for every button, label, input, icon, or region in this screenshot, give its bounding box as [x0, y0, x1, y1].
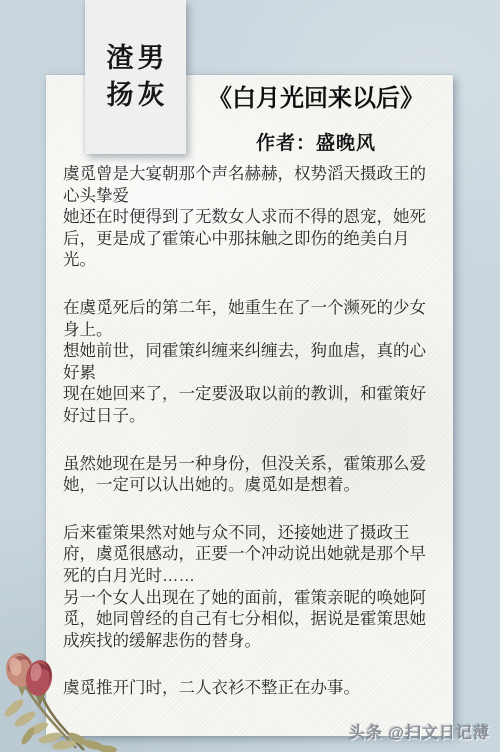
synopsis-paragraph: 虞觅曾是大宴朝那个声名赫赫，权势滔天摄政王的心头挚爱 她还在时便得到了无数女人求… [63, 164, 441, 272]
watermark-credit: 头条 @扫文日记薄 [349, 720, 490, 743]
page-background: 渣男 扬灰 《白月光回来以后》 作者：盛晚风 虞觅曾是大宴朝那个声名赫赫，权势滔… [0, 0, 500, 752]
book-title: 《白月光回来以后》 [186, 84, 446, 114]
tag-text-line2: 扬灰 [107, 82, 169, 109]
book-author: 作者：盛晚风 [186, 128, 446, 155]
synopsis-paragraph: 虽然她现在是另一种身份，但没关系，霍策那么爱她，一定可以认出她的。虞觅如是想着。 [63, 454, 441, 497]
category-tag-card: 渣男 扬灰 [85, 0, 186, 154]
synopsis-paragraph: 在虞觅死后的第二年，她重生在了一个濒死的少女身上。 想她前世，同霍策纠缠来纠缠去… [63, 298, 441, 428]
book-header: 《白月光回来以后》 作者：盛晚风 [186, 84, 446, 155]
tag-text-line1: 渣男 [107, 45, 169, 72]
dried-rose-decoration-icon [0, 598, 133, 752]
